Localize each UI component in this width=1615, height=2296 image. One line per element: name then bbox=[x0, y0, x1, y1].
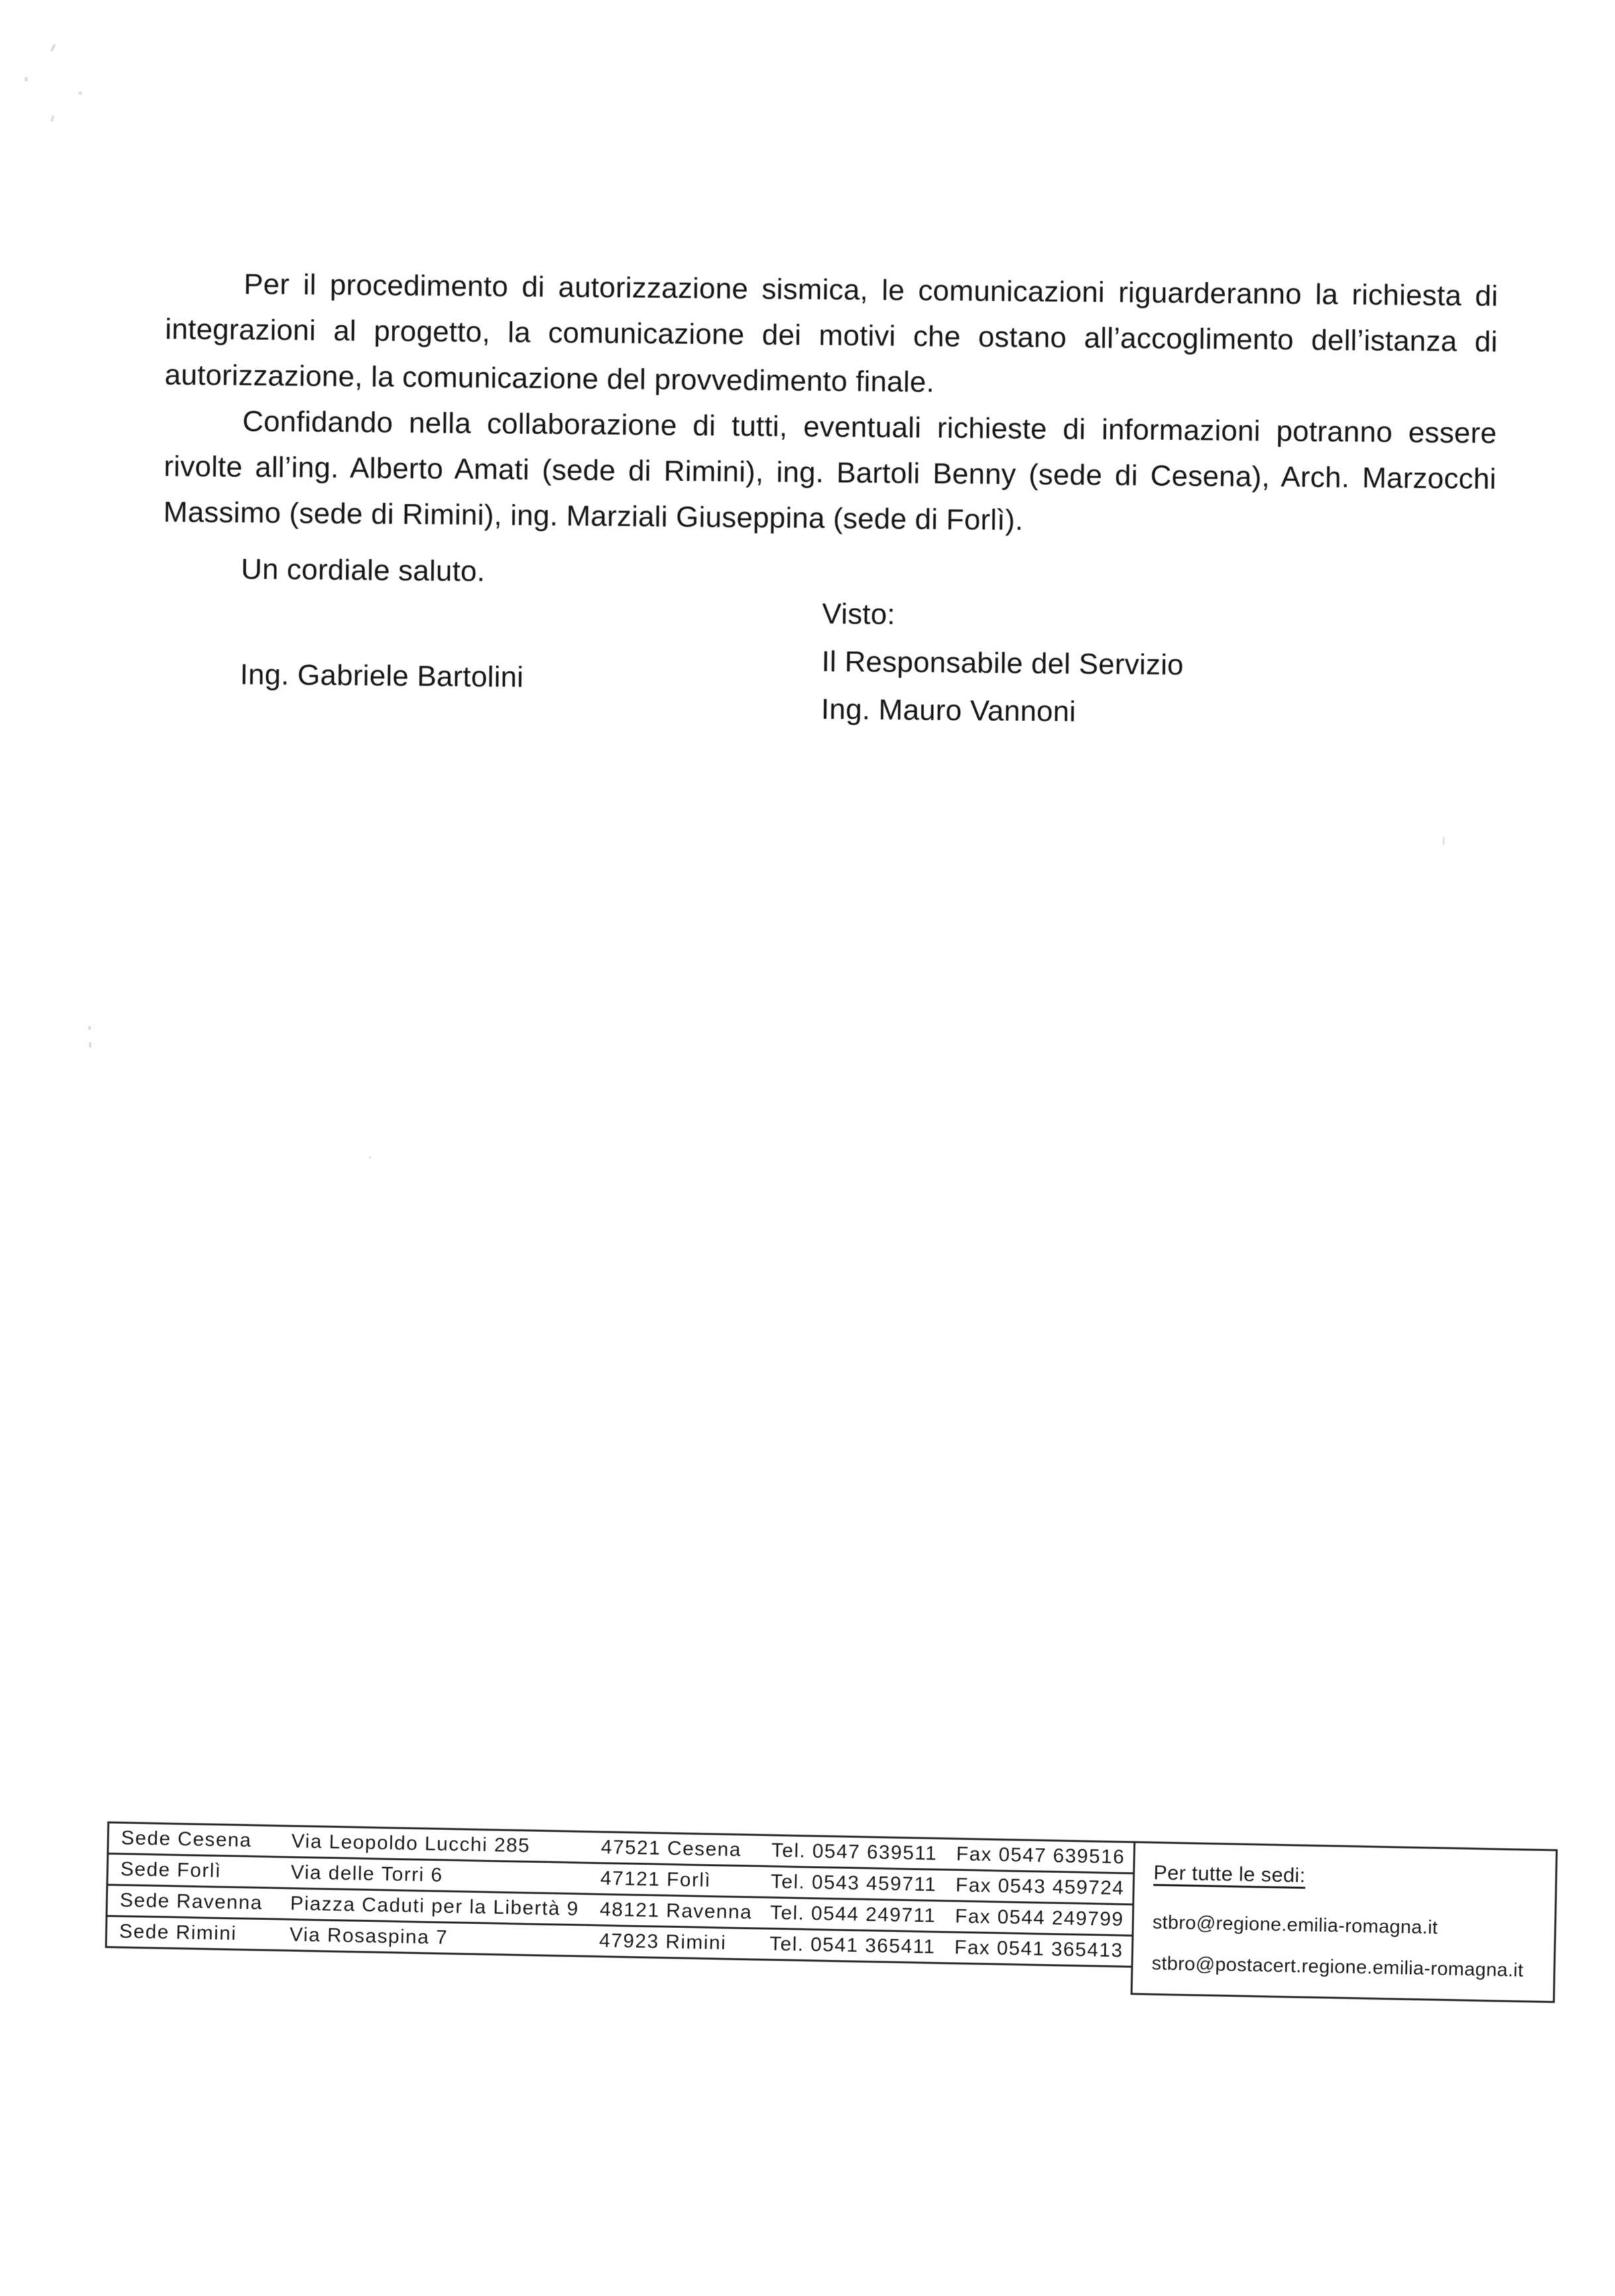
scan-speck bbox=[50, 44, 56, 52]
scan-speck bbox=[50, 115, 54, 123]
office-cap-city: 47521 Cesena bbox=[601, 1836, 772, 1862]
scan-speck bbox=[88, 1026, 91, 1030]
office-sede: Sede Forlì bbox=[108, 1858, 291, 1884]
scan-speck bbox=[369, 1156, 371, 1159]
office-fax: Fax 0543 459724 bbox=[955, 1874, 1129, 1900]
visto-label: Visto: bbox=[822, 599, 1185, 634]
office-cap-city: 48121 Ravenna bbox=[599, 1898, 770, 1924]
scan-speck bbox=[1443, 836, 1445, 845]
visto-name: Ing. Mauro Vannoni bbox=[821, 694, 1183, 729]
visto-block: Visto: Il Responsabile del Servizio Ing.… bbox=[821, 599, 1184, 745]
office-sede: Sede Rimini bbox=[107, 1920, 290, 1946]
scan-speck bbox=[78, 91, 82, 95]
scanned-letter-page: Per il procedimento di autorizzazione si… bbox=[0, 0, 1615, 2296]
office-address: Piazza Caduti per la Libertà 9 bbox=[290, 1892, 600, 1921]
office-address: Via Rosaspina 7 bbox=[289, 1923, 599, 1952]
office-tel: Tel. 0547 639511 bbox=[771, 1839, 957, 1865]
office-fax: Fax 0547 639516 bbox=[956, 1843, 1130, 1869]
office-cap-city: 47923 Rimini bbox=[599, 1929, 770, 1955]
signature-sender-name: Ing. Gabriele Bartolini bbox=[240, 659, 524, 693]
visto-role: Il Responsabile del Servizio bbox=[821, 646, 1184, 681]
scan-speck bbox=[25, 77, 28, 82]
all-offices-label: Per tutte le sedi: bbox=[1153, 1861, 1546, 1892]
scan-speck bbox=[89, 1042, 91, 1048]
office-fax: Fax 0544 249799 bbox=[955, 1906, 1128, 1931]
paragraph-autorizzazione-sismica: Per il procedimento di autorizzazione si… bbox=[164, 260, 1498, 410]
closing-salutation: Un cordiale saluto. bbox=[162, 545, 1496, 604]
office-sede: Sede Cesena bbox=[109, 1827, 292, 1853]
office-fax: Fax 0541 365413 bbox=[954, 1937, 1128, 1963]
email-pec: stbro@postacert.regione.emilia-romagna.i… bbox=[1152, 1943, 1545, 1991]
footer-offices: Sede Cesena Via Leopoldo Lucchi 285 4752… bbox=[105, 1821, 1558, 2003]
office-cap-city: 47121 Forlì bbox=[600, 1867, 771, 1893]
office-tel: Tel. 0543 459711 bbox=[770, 1870, 956, 1896]
paragraph-richieste-informazioni: Confidando nella collaborazione di tutti… bbox=[163, 398, 1497, 547]
office-address: Via delle Torri 6 bbox=[290, 1861, 601, 1890]
office-address: Via Leopoldo Lucchi 285 bbox=[291, 1830, 601, 1859]
all-offices-cell: Per tutte le sedi: stbro@regione.emilia-… bbox=[1130, 1841, 1557, 2003]
office-tel: Tel. 0544 249711 bbox=[770, 1902, 955, 1927]
letter-body: Per il procedimento di autorizzazione si… bbox=[161, 260, 1498, 777]
office-sede: Sede Ravenna bbox=[107, 1889, 290, 1915]
office-tel: Tel. 0541 365411 bbox=[769, 1933, 955, 1959]
email-generic: stbro@regione.emilia-romagna.it bbox=[1152, 1902, 1545, 1950]
offices-table: Sede Cesena Via Leopoldo Lucchi 285 4752… bbox=[105, 1821, 1135, 1968]
